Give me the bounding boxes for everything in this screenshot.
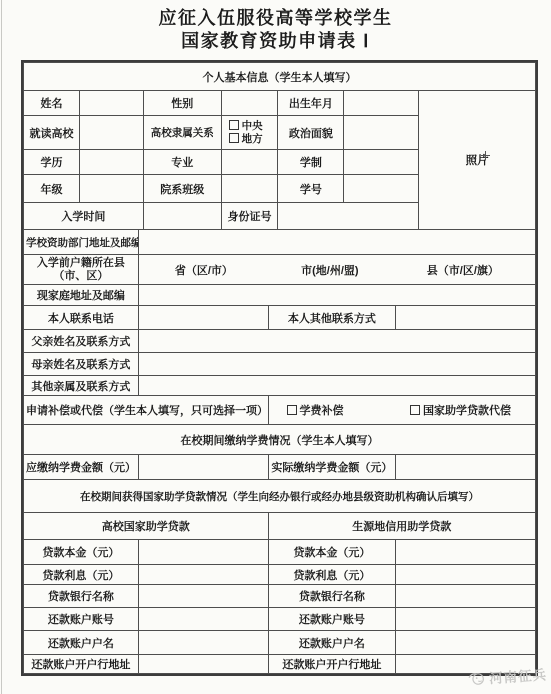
mother-input-cell <box>138 353 535 376</box>
gender-input-cell <box>221 91 278 116</box>
degree-input-cell <box>79 150 143 175</box>
repay-holder-right-input-cell <box>396 631 536 655</box>
basic-info-section-header: 个人基本信息（学生本人填写） <box>24 63 536 91</box>
loan-row: 还款账户账号 还款账户账号 <box>24 608 536 631</box>
loan-principal-left-input-cell <box>138 540 268 565</box>
duration-input-cell <box>344 150 419 175</box>
repay-account-left-input-cell <box>138 608 268 631</box>
repay-account-left-label: 还款账户账号 <box>24 608 139 631</box>
loan-principal-right-label: 贷款本金（元） <box>268 540 396 565</box>
other-contact-label: 本人其他联系方式 <box>268 306 396 330</box>
form-title-line2: 国家教育资助申请表 Ⅰ <box>0 30 551 53</box>
father-label: 父亲姓名及联系方式 <box>24 330 139 353</box>
tuition-paid-input-cell <box>396 455 536 480</box>
major-label: 专业 <box>143 150 221 175</box>
loan-principal-left-label: 贷款本金（元） <box>24 540 139 565</box>
home-address-label: 现家庭地址及邮编 <box>24 285 139 306</box>
repay-branch-left-input-cell <box>138 655 268 674</box>
repay-holder-right-label: 还款账户户名 <box>268 631 396 655</box>
checkbox-icon <box>410 405 420 415</box>
loan-row: 贷款利息（元） 贷款利息（元） <box>24 565 536 585</box>
loan-interest-left-label: 贷款利息（元） <box>24 565 139 585</box>
enroll-date-label: 入学时间 <box>24 203 144 230</box>
origin-loan-title: 生源地信用助学贷款 <box>268 513 535 540</box>
student-id-label: 学号 <box>278 175 344 203</box>
birth-input-cell <box>344 91 419 116</box>
phone-label: 本人联系电话 <box>24 306 139 330</box>
loan-interest-left-input-cell <box>138 565 268 585</box>
checkbox-icon <box>287 405 297 415</box>
politics-input-cell <box>344 116 419 150</box>
loan-row: 贷款本金（元） 贷款本金（元） <box>24 540 536 565</box>
grade-input-cell <box>79 175 143 203</box>
dept-class-input-cell <box>221 175 278 203</box>
apply-option-tuition: 学费补偿 <box>287 402 344 418</box>
id-number-input-cell <box>278 203 419 230</box>
tuition-paid-label: 实际缴纳学费金额（元） <box>268 455 396 480</box>
school-aid-address-label: 学校资助部门地址及邮编 <box>24 230 139 255</box>
loan-row: 还款账户开户行地址 还款账户开户行地址 <box>24 655 536 674</box>
loan-row: 还款账户户名 还款账户户名 <box>24 631 536 655</box>
campus-loan-title: 高校国家助学贷款 <box>24 513 269 540</box>
tuition-section-header: 在校期间缴纳学费情况（学生本人填写） <box>24 425 536 455</box>
enroll-date-input-cell <box>143 203 221 230</box>
college-input-cell <box>79 116 143 150</box>
form-title-line1: 应征入伍服役高等学校学生 <box>0 7 551 30</box>
scan-edge-shadow <box>1 0 2 694</box>
affiliation-option-local: 地方 <box>229 133 276 146</box>
duration-label: 学制 <box>278 150 344 175</box>
tuition-payable-label: 应缴纳学费金额（元） <box>24 455 139 480</box>
father-input-cell <box>138 330 535 353</box>
dove-logo-icon <box>466 667 487 688</box>
politics-label: 政治面貌 <box>278 116 344 150</box>
repay-holder-left-label: 还款账户户名 <box>24 631 139 655</box>
apply-option-loan-repay: 国家助学贷款代偿 <box>410 402 511 418</box>
loan-principal-right-input-cell <box>396 540 536 565</box>
loan-bank-right-label: 贷款银行名称 <box>268 585 396 608</box>
loan-row: 贷款银行名称 贷款银行名称 <box>24 585 536 608</box>
relatives-input-cell <box>138 376 535 396</box>
loan-bank-right-input-cell <box>396 585 536 608</box>
watermark-text: 河南征兵 <box>488 663 547 687</box>
major-input-cell <box>221 150 278 175</box>
name-label: 姓名 <box>24 91 80 116</box>
loan-interest-right-input-cell <box>396 565 536 585</box>
name-input-cell <box>79 91 143 116</box>
scan-artifact-cross-mark <box>481 151 490 160</box>
photo-box: 照片 <box>419 91 536 230</box>
loan-bank-left-label: 贷款银行名称 <box>24 585 139 608</box>
affiliation-options-cell: 中央 地方 <box>221 116 278 150</box>
hukou-label: 入学前户籍所在县 （市、区） <box>24 255 139 285</box>
mother-label: 母亲姓名及联系方式 <box>24 353 139 376</box>
county-label: 县（市/区/旗） <box>427 262 499 278</box>
scanned-application-form: 应征入伍服役高等学校学生 国家教育资助申请表 Ⅰ 个人基本信息（学生本人填写） … <box>0 0 551 694</box>
apply-options-cell: 学费补偿 国家助学贷款代偿 <box>268 396 535 425</box>
watermark: 河南征兵 <box>466 663 547 689</box>
id-number-label: 身份证号 <box>221 203 278 230</box>
city-label: 市(地/州/盟) <box>301 262 358 278</box>
degree-label: 学历 <box>24 150 80 175</box>
province-label: 省（区/市） <box>175 262 233 278</box>
hukou-region-cell: 省（区/市） 市(地/州/盟) 县（市/区/旗） <box>138 255 535 285</box>
dept-class-label: 院系班级 <box>143 175 221 203</box>
affiliation-option-central: 中央 <box>229 120 276 133</box>
checkbox-icon <box>229 120 239 130</box>
relatives-label: 其他亲属及联系方式 <box>24 376 139 396</box>
loan-interest-right-label: 贷款利息（元） <box>268 565 396 585</box>
loan-section-header: 在校期间获得国家助学贷款情况（学生向经办银行或经办地县级资助机构确认后填写） <box>24 480 536 513</box>
other-contact-input-cell <box>396 306 536 330</box>
repay-account-right-label: 还款账户账号 <box>268 608 396 631</box>
form-title: 应征入伍服役高等学校学生 国家教育资助申请表 Ⅰ <box>0 0 551 53</box>
repay-holder-left-input-cell <box>138 631 268 655</box>
basic-info-table: 个人基本信息（学生本人填写） 姓名 性别 出生年月 照片 就读高校 高校隶属关系 <box>23 62 536 230</box>
affiliation-label: 高校隶属关系 <box>143 116 221 150</box>
school-aid-address-input-cell <box>138 230 535 255</box>
gender-label: 性别 <box>143 91 221 116</box>
grade-label: 年级 <box>24 175 80 203</box>
checkbox-icon <box>229 133 239 143</box>
contact-and-loan-table: 学校资助部门地址及邮编 入学前户籍所在县 （市、区） 省（区/市） 市(地/州/… <box>23 229 536 674</box>
student-id-input-cell <box>344 175 419 203</box>
repay-branch-right-label: 还款账户开户行地址 <box>268 655 396 674</box>
repay-branch-left-label: 还款账户开户行地址 <box>24 655 139 674</box>
repay-account-right-input-cell <box>396 608 536 631</box>
apply-type-label: 申请补偿或代偿（学生本人填写，只可选择一项） <box>24 396 269 425</box>
phone-input-cell <box>138 306 268 330</box>
application-form-table: 个人基本信息（学生本人填写） 姓名 性别 出生年月 照片 就读高校 高校隶属关系 <box>21 60 538 676</box>
birth-label: 出生年月 <box>278 91 344 116</box>
loan-bank-left-input-cell <box>138 585 268 608</box>
tuition-payable-input-cell <box>138 455 268 480</box>
home-address-input-cell <box>138 285 535 306</box>
college-label: 就读高校 <box>24 116 80 150</box>
